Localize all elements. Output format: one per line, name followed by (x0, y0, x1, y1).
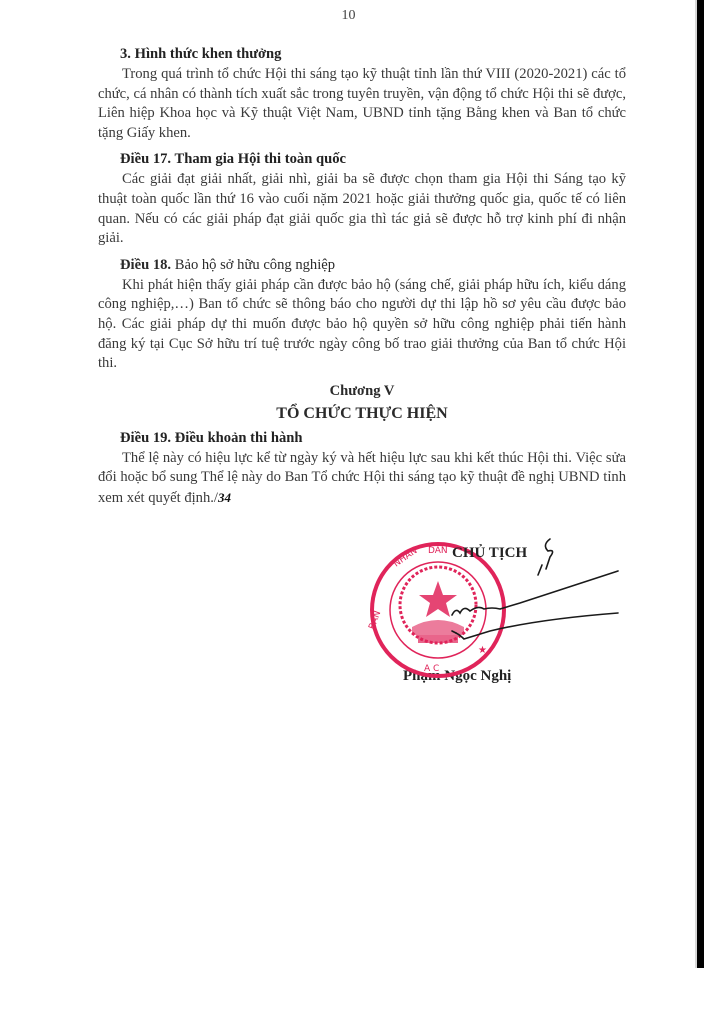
section-heading-awards: 3. Hình thức khen thưởng (98, 44, 626, 65)
signer-title: CHỦ TỊCH (452, 545, 527, 562)
signature-block: NHÂN DÂN BAN A C ★ CHỦ TỊCH Phạm Ngọc Ng… (360, 535, 620, 695)
article-19-body-wrap: Thể lệ này có hiệu lực kể từ ngày ký và … (98, 449, 626, 509)
section-body-awards: Trong quá trình tổ chức Hội thi sáng tạo… (98, 65, 626, 143)
article-18-heading: Điều 18. Bảo hộ sở hữu công nghiệp (98, 255, 626, 276)
scan-edge-border (697, 0, 704, 968)
document-body: 3. Hình thức khen thưởng Trong quá trình… (98, 44, 626, 515)
article-18-number: Điều 18. (120, 257, 171, 273)
chapter-label: Chương V (98, 380, 626, 402)
page-number: 10 (0, 8, 697, 24)
article-18-title: Bảo hộ sở hữu công nghiệp (171, 257, 335, 273)
article-17-heading: Điều 17. Tham gia Hội thi toàn quốc (98, 149, 626, 170)
article-19-body: Thể lệ này có hiệu lực kể từ ngày ký và … (98, 450, 626, 506)
article-18-body: Khi phát hiện thấy giải pháp cần được bả… (98, 276, 626, 374)
document-page: 10 3. Hình thức khen thưởng Trong quá tr… (0, 0, 697, 1009)
initials-mark: 34 (218, 490, 231, 505)
article-17-body: Các giải đạt giải nhất, giải nhì, giải b… (98, 170, 626, 248)
article-19-heading: Điều 19. Điều khoản thi hành (98, 428, 626, 449)
chapter-title: TỔ CHỨC THỰC HIỆN (98, 402, 626, 426)
